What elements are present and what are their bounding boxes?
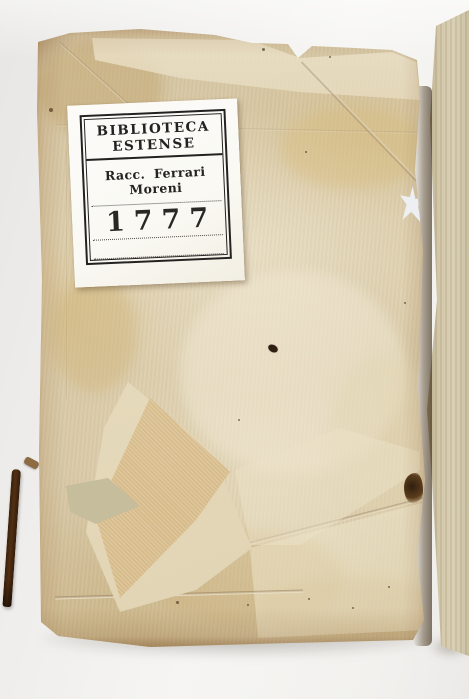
label-collection: Racc. Ferrari Moreni (87, 155, 225, 206)
label-library-name: BIBLIOTECA ESTENSE (85, 114, 223, 161)
speck (352, 607, 354, 609)
leather-tie-base (23, 456, 40, 470)
crease-line (66, 150, 68, 400)
speck (238, 419, 240, 421)
speck (247, 604, 249, 606)
worm-hole (404, 473, 423, 503)
speck (388, 586, 390, 588)
speck (404, 302, 406, 304)
speck (49, 108, 53, 112)
speck (262, 48, 265, 51)
speck (305, 151, 307, 153)
speck (176, 601, 179, 604)
leather-tie (2, 469, 21, 607)
label-frame-inner: BIBLIOTECA ESTENSE Racc. Ferrari Moreni … (84, 113, 228, 261)
photo-backdrop: BIBLIOTECA ESTENSE Racc. Ferrari Moreni … (0, 0, 469, 699)
bookplate-label: BIBLIOTECA ESTENSE Racc. Ferrari Moreni … (67, 98, 245, 287)
speck (308, 598, 310, 600)
stain (280, 107, 425, 189)
speck (329, 56, 331, 58)
label-frame: BIBLIOTECA ESTENSE Racc. Ferrari Moreni … (80, 109, 232, 265)
label-number-value: 1777 (105, 202, 217, 238)
book-cover: BIBLIOTECA ESTENSE Racc. Ferrari Moreni … (30, 25, 430, 650)
stain (52, 277, 137, 392)
